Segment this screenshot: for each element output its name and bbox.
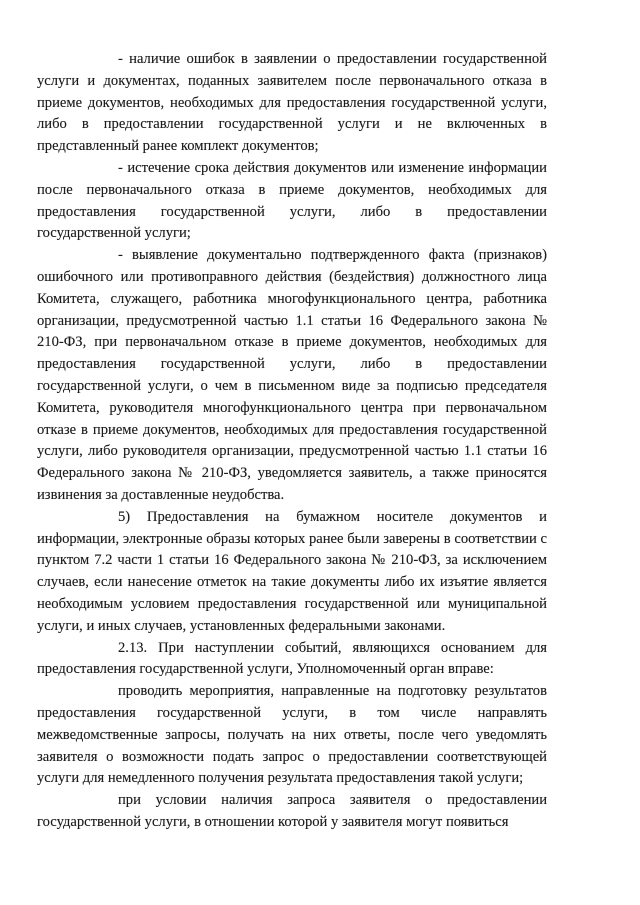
paragraph-list-item-misconduct: - выявление документально подтвержденног… <box>37 245 547 507</box>
paragraph-request-condition: при условии наличия запроса заявителя о … <box>37 790 547 834</box>
paragraph-clause-5: 5) Предоставления на бумажном носителе д… <box>37 507 547 638</box>
document-text-block: - наличие ошибок в заявлении о предостав… <box>37 49 547 834</box>
scanned-document-page: - наличие ошибок в заявлении о предостав… <box>0 0 640 905</box>
paragraph-clause-2-13: 2.13. При наступлении событий, являющихс… <box>37 638 547 682</box>
paragraph-authority-actions: проводить мероприятия, направленные на п… <box>37 681 547 790</box>
paragraph-list-item-errors: - наличие ошибок в заявлении о предостав… <box>37 49 547 158</box>
paragraph-list-item-expiry: - истечение срока действия документов ил… <box>37 158 547 245</box>
scan-binding-artifact <box>540 0 640 905</box>
